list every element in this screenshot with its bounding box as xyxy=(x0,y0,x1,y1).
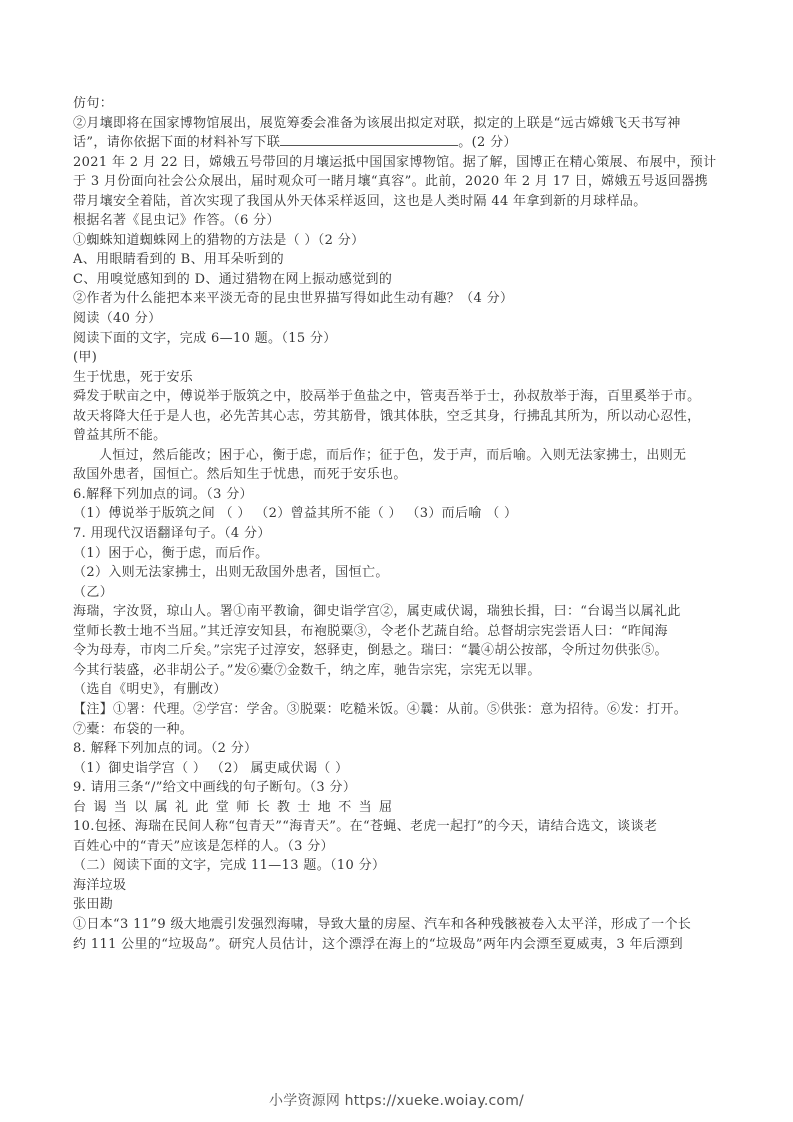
passage-text: 敌国外患者，国恒亡。然后知生于忧患，而死于安乐也。 xyxy=(73,465,725,485)
answer-options: A、用眼睛看到的 B、用耳朵听到的 xyxy=(73,250,725,270)
document-page: 仿句： ②月壤即将在国家博物馆展出，展览筹委会准备为该展出拟定对联，拟定的上联是… xyxy=(73,94,725,954)
article-text: 约 111 公里的“垃圾岛”。研究人员估计，这个漂浮在海上的“垃圾岛”两年内会漂… xyxy=(73,935,725,955)
question-8-items: （1）御史诣学宫（ ） （2） 属吏咸伏谒（ ） xyxy=(73,759,725,779)
question-8: 8. 解释下列加点的词。（2 分） xyxy=(73,739,725,759)
material-paragraph: 带月壤安全着陆，首次实现了我国从外天体采样返回，这也是人类时隔 44 年拿到新的… xyxy=(73,192,725,212)
passage-text: 令为母寿，市肉二斤矣。”宗宪子过淳安，怒驿吏，倒悬之。瑞曰：“曩④胡公按部，令所… xyxy=(73,641,725,661)
question-item: ①蜘蛛知道蜘蛛网上的猎物的方法是（ ）（2 分） xyxy=(73,231,725,251)
question-heading-insects: 根据名著《昆虫记》作答。（6 分） xyxy=(73,211,725,231)
footer-watermark: 小学资源网 https://xueke.woiay.com/ xyxy=(0,1090,793,1110)
answer-blank xyxy=(280,133,458,146)
question-7-item: （1）困于心，衡于虑，而后作。 xyxy=(73,544,725,564)
couplet-prompt: 话”，请你依据下面的材料补写下联 xyxy=(73,135,280,150)
reading-instruction-2: （二）阅读下面的文字，完成 11—13 题。（10 分） xyxy=(73,856,725,876)
passage-text: 海瑞，字汝贤，琼山人。署①南平教谕，御史诣学宫②，属吏咸伏谒，瑞独长揖，曰：“台… xyxy=(73,602,725,622)
question-6: 6.解释下列加点的词。（3 分） xyxy=(73,485,725,505)
question-7: 7. 用现代汉语翻译句子。（4 分） xyxy=(73,524,725,544)
material-paragraph: 2021 年 2 月 22 日，嫦娥五号带回的月壤运抵中国国家博物馆。据了解，国… xyxy=(73,153,725,173)
question-7-item: （2）入则无法家拂士，出则无敌国外患者，国恒亡。 xyxy=(73,563,725,583)
answer-options: C、用嗅觉感知到的 D、通过猎物在网上振动感觉到的 xyxy=(73,270,725,290)
question-6-items: （1）傅说举于版筑之间 （ ） （2）曾益其所不能（ ） （3）而后喻 （ ） xyxy=(73,504,725,524)
passage-text: 故天将降大任于是人也，必先苦其心志，劳其筋骨，饿其体肤，空乏其身，行拂乱其所为，… xyxy=(73,407,725,427)
article-title: 海洋垃圾 xyxy=(73,876,725,896)
article-text: ①日本“3 11”9 级大地震引发强烈海啸，导致大量的房屋、汽车和各种残骸被卷入… xyxy=(73,915,725,935)
passage-label-b: （乙） xyxy=(73,583,725,603)
section-heading-imitation: 仿句： xyxy=(73,94,725,114)
passage-text: 人恒过，然后能改；困于心，衡于虑，而后作；征于色，发于声，而后喻。入则无法家拂士… xyxy=(73,446,725,466)
passage-text: 舜发于畎亩之中，傅说举于版筑之中，胶鬲举于鱼盐之中，管夷吾举于士，孙叔敖举于海，… xyxy=(73,387,725,407)
material-paragraph: 于 3 月份面向社会公众展出，届时观众可一睹月壤“真容”。此前，2020 年 2… xyxy=(73,172,725,192)
passage-source: （选自《明史》，有删改） xyxy=(73,680,725,700)
passage-text: 堂师长教士地不当屈。”其迁淳安知县，布袍脱粟③，令老仆艺蔬自给。总督胡宗宪尝语人… xyxy=(73,622,725,642)
question-9: 9. 请用三条“/”给文中画线的句子断句。（3 分） xyxy=(73,778,725,798)
question-9-sentence: 台谒当以属礼此堂师长教士地不当屈 xyxy=(73,798,725,818)
couplet-score: 。(2 分） xyxy=(458,135,517,150)
reading-instruction: 阅读下面的文字，完成 6—10 题。（15 分） xyxy=(73,329,725,349)
question-10: 10.包拯、海瑞在民间人称“包青天”“海青天”。在“苍蝇、老虎一起打”的今天，请… xyxy=(73,817,725,837)
passage-text: 曾益其所不能。 xyxy=(73,426,725,446)
passage-label-a: (甲) xyxy=(73,348,725,368)
passage-text: 今其行装盛，必非胡公子。”发⑥橐⑦金数千，纳之库，驰告宗宪，宗宪无以罪。 xyxy=(73,661,725,681)
question-couplet-cont: 话”，请你依据下面的材料补写下联。(2 分） xyxy=(73,133,725,153)
question-couplet: ②月壤即将在国家博物馆展出，展览筹委会准备为该展出拟定对联，拟定的上联是“远古嫦… xyxy=(73,114,725,134)
passage-notes: ⑦橐：布袋的一种。 xyxy=(73,720,725,740)
section-heading-reading: 阅读（40 分） xyxy=(73,309,725,329)
passage-notes: 【注】①署：代理。②学宫：学舍。③脱粟：吃糙米饭。④曩：从前。⑤供张：意为招待。… xyxy=(73,700,725,720)
question-item: ②作者为什么能把本来平淡无奇的昆虫世界描写得如此生动有趣？（4 分） xyxy=(73,289,725,309)
article-author: 张田勘 xyxy=(73,895,725,915)
question-10-cont: 百姓心中的“青天”应该是怎样的人。（3 分） xyxy=(73,837,725,857)
passage-title: 生于忧患，死于安乐 xyxy=(73,368,725,388)
